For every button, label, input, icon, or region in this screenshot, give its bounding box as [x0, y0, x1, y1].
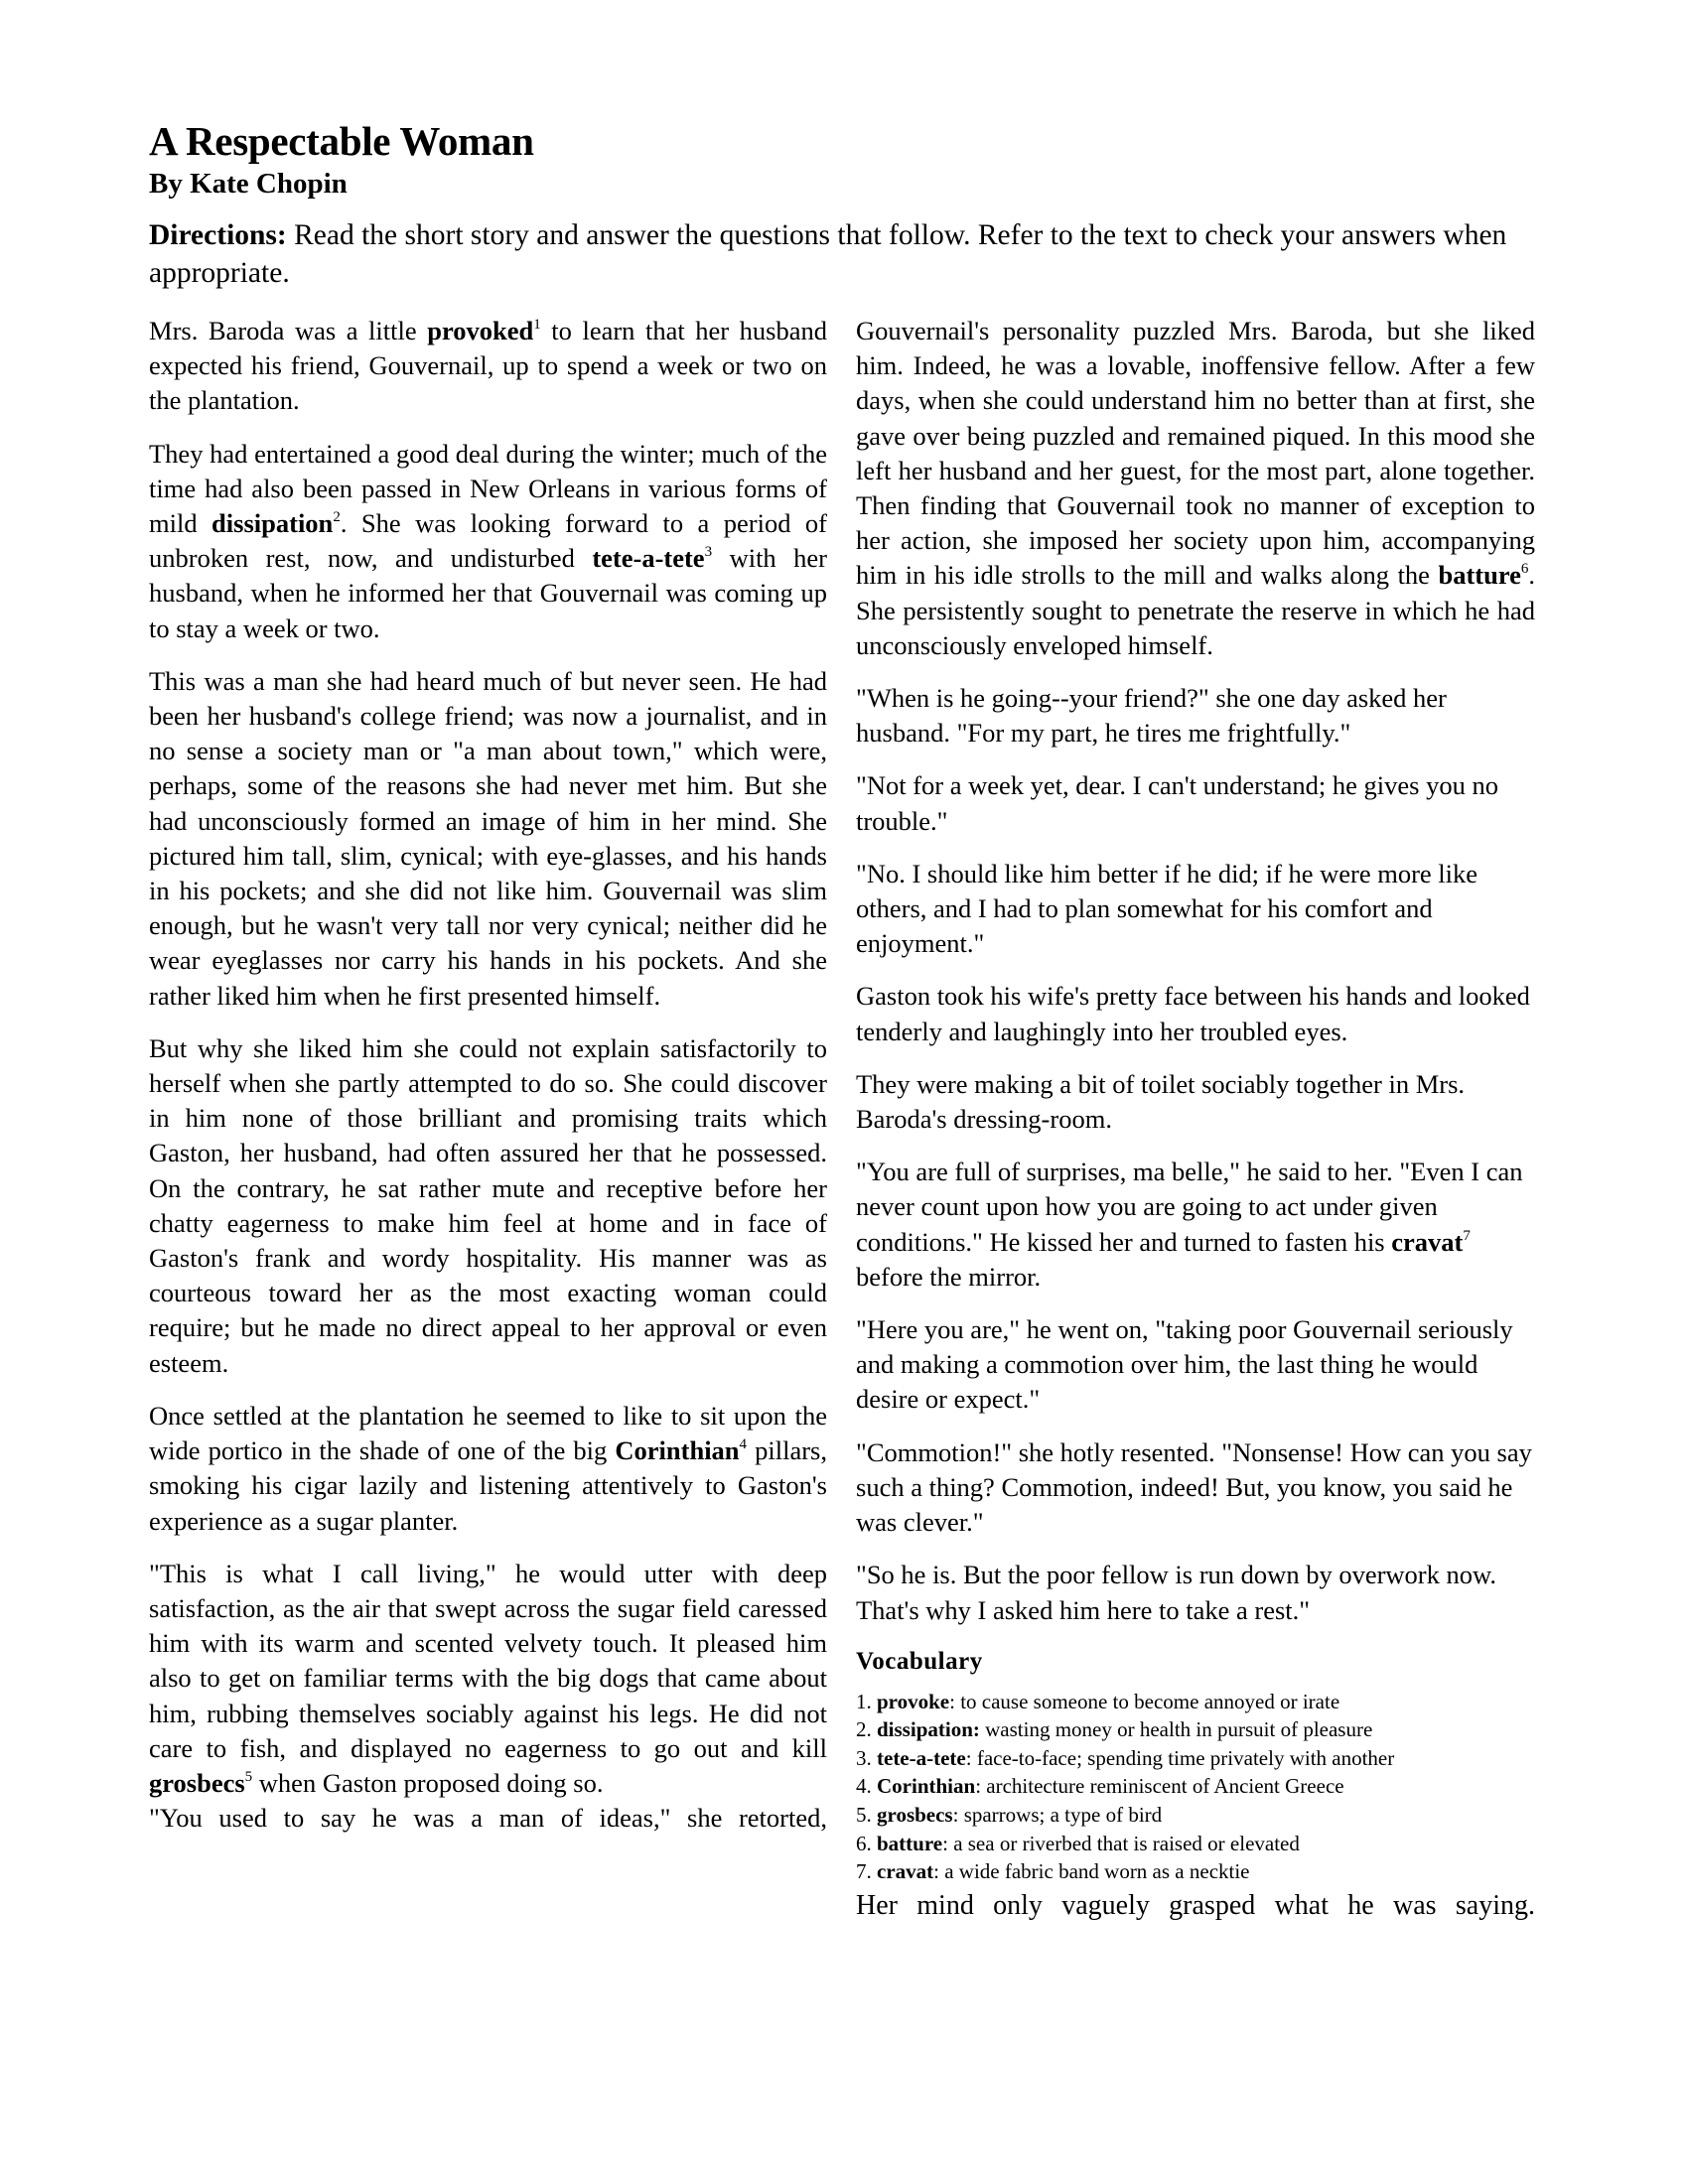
- directions-label: Directions:: [149, 219, 287, 251]
- item-number: 7.: [856, 1859, 877, 1883]
- vocab-term: cravat: [1391, 1227, 1463, 1257]
- vocabulary-list: 1. provoke: to cause someone to become a…: [856, 1688, 1535, 1886]
- vocab-definition: : to cause someone to become annoyed or …: [949, 1690, 1339, 1713]
- vocabulary-item: 2. dissipation: wasting money or health …: [856, 1715, 1535, 1744]
- paragraph: "Here you are," he went on, "taking poor…: [856, 1312, 1535, 1418]
- item-number: 4.: [856, 1774, 877, 1798]
- story-title: A Respectable Woman: [149, 117, 534, 165]
- vocab-term: Corinthian: [877, 1774, 975, 1798]
- paragraph: "When is he going--your friend?" she one…: [856, 681, 1535, 751]
- paragraph: "You used to say he was a man of ideas,"…: [149, 1801, 827, 1836]
- vocab-term: Corinthian: [615, 1435, 739, 1465]
- paragraph: "You are full of surprises, ma belle," h…: [856, 1155, 1535, 1295]
- directions-text: Read the short story and answer the ques…: [149, 219, 1506, 289]
- vocabulary-item: 4. Corinthian: architecture reminiscent …: [856, 1772, 1535, 1801]
- vocab-term: cravat: [877, 1859, 933, 1883]
- story-column-left: Mrs. Baroda was a little provoked1 to le…: [149, 314, 827, 1836]
- paragraph: "Not for a week yet, dear. I can't under…: [856, 768, 1535, 838]
- item-number: 5.: [856, 1803, 877, 1827]
- vocabulary-item: 6. batture: a sea or riverbed that is ra…: [856, 1830, 1535, 1858]
- paragraph: Gouvernail's personality puzzled Mrs. Ba…: [856, 314, 1535, 663]
- paragraph: "So he is. But the poor fellow is run do…: [856, 1558, 1535, 1627]
- paragraph: This was a man she had heard much of but…: [149, 664, 827, 1014]
- text-run: Gouvernail's personality puzzled Mrs. Ba…: [856, 316, 1535, 590]
- vocab-term: batture: [1438, 560, 1520, 590]
- vocab-definition: : sparrows; a type of bird: [953, 1803, 1163, 1827]
- worksheet-page: A Respectable Woman By Kate Chopin Direc…: [0, 0, 1688, 2184]
- text-run: before the mirror.: [856, 1262, 1041, 1292]
- paragraph-continuation: Her mind only vaguely grasped what he wa…: [856, 1888, 1535, 1924]
- vocab-term: dissipation:: [877, 1717, 980, 1741]
- author-byline: By Kate Chopin: [149, 166, 348, 202]
- vocab-term: tete-a-tete: [877, 1746, 966, 1770]
- item-number: 6.: [856, 1832, 877, 1855]
- vocab-term: batture: [877, 1832, 942, 1855]
- vocab-term: grosbecs: [877, 1803, 953, 1827]
- vocab-term: provoked: [427, 316, 533, 345]
- paragraph: Once settled at the plantation he seemed…: [149, 1399, 827, 1539]
- vocabulary-item: 7. cravat: a wide fabric band worn as a …: [856, 1857, 1535, 1886]
- paragraph: They were making a bit of toilet sociabl…: [856, 1067, 1535, 1137]
- item-number: 3.: [856, 1746, 877, 1770]
- footnote-ref: 7: [1463, 1228, 1471, 1244]
- footnote-ref: 1: [533, 317, 541, 333]
- paragraph: "Commotion!" she hotly resented. "Nonsen…: [856, 1435, 1535, 1541]
- paragraph: "This is what I call living," he would u…: [149, 1557, 827, 1801]
- item-number: 1.: [856, 1690, 877, 1713]
- vocab-term: dissipation: [211, 508, 333, 538]
- paragraph: Gaston took his wife's pretty face betwe…: [856, 979, 1535, 1048]
- paragraph: "No. I should like him better if he did;…: [856, 857, 1535, 962]
- vocab-definition: : a sea or riverbed that is raised or el…: [942, 1832, 1300, 1855]
- text-run: Mrs. Baroda was a little: [149, 316, 427, 345]
- story-column-right: Gouvernail's personality puzzled Mrs. Ba…: [856, 314, 1535, 1924]
- vocab-term: grosbecs: [149, 1768, 245, 1798]
- footnote-ref: 4: [740, 1436, 748, 1452]
- vocab-term: provoke: [877, 1690, 949, 1713]
- directions: Directions: Read the short story and ans…: [149, 216, 1539, 292]
- vocab-definition: : architecture reminiscent of Ancient Gr…: [975, 1774, 1343, 1798]
- vocab-definition: : a wide fabric band worn as a necktie: [933, 1859, 1249, 1883]
- footnote-ref: 2: [333, 509, 341, 525]
- vocabulary-heading: Vocabulary: [856, 1646, 1535, 1678]
- paragraph: But why she liked him she could not expl…: [149, 1031, 827, 1381]
- vocab-definition: wasting money or health in pursuit of pl…: [980, 1717, 1372, 1741]
- text-run: when Gaston proposed doing so.: [252, 1768, 603, 1798]
- vocab-definition: : face-to-face; spending time privately …: [966, 1746, 1395, 1770]
- paragraph: Mrs. Baroda was a little provoked1 to le…: [149, 314, 827, 419]
- item-number: 2.: [856, 1717, 877, 1741]
- vocabulary-item: 5. grosbecs: sparrows; a type of bird: [856, 1801, 1535, 1830]
- paragraph: They had entertained a good deal during …: [149, 437, 827, 646]
- text-run: "This is what I call living," he would u…: [149, 1559, 827, 1763]
- footnote-ref: 3: [705, 544, 713, 560]
- vocabulary-item: 3. tete-a-tete: face-to-face; spending t…: [856, 1744, 1535, 1773]
- vocabulary-item: 1. provoke: to cause someone to become a…: [856, 1688, 1535, 1716]
- vocab-term: tete-a-tete: [592, 543, 704, 573]
